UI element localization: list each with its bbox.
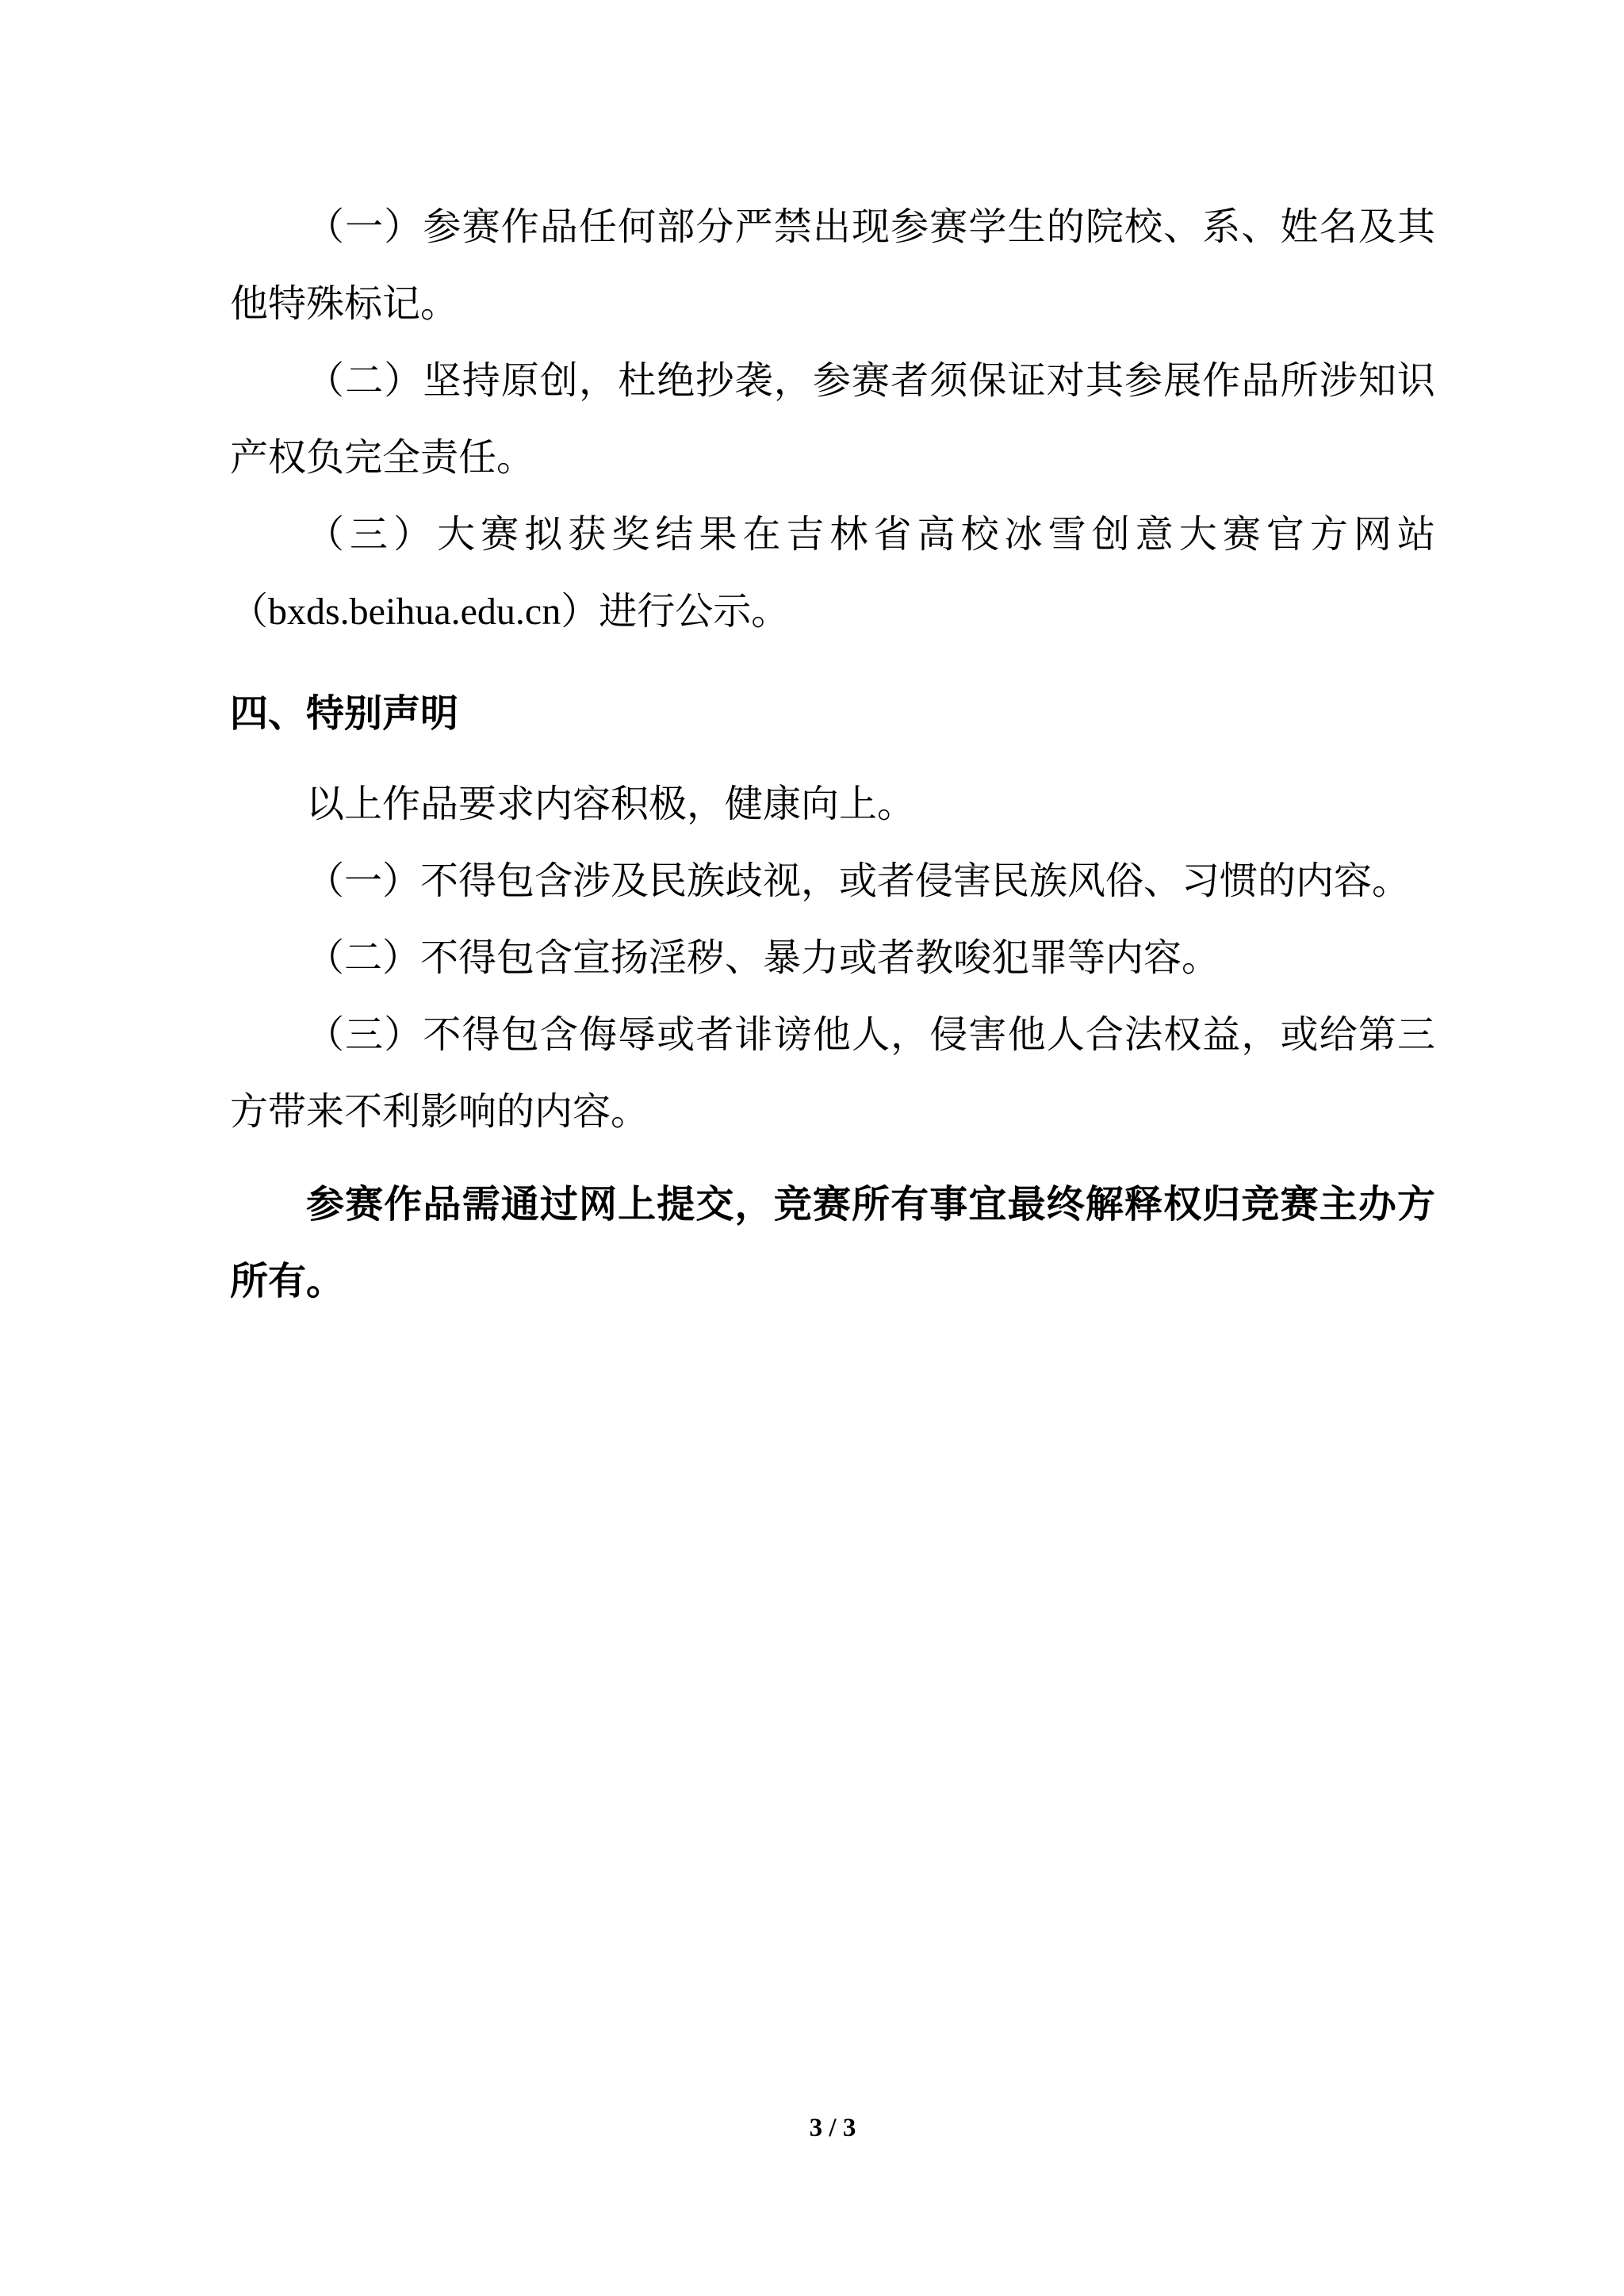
rule-item-3: （三）大赛拟获奖结果在吉林省高校冰雪创意大赛官方网站（bxds.beihua.e… xyxy=(230,496,1435,650)
rule-item-1: （一）参赛作品任何部分严禁出现参赛学生的院校、系、姓名及其他特殊标记。 xyxy=(230,189,1435,342)
closing-statement: 参赛作品需通过网上提交，竞赛所有事宜最终解释权归竞赛主办方所有。 xyxy=(230,1166,1435,1320)
special-statement-item-2: （二）不得包含宣扬淫秽、暴力或者教唆犯罪等内容。 xyxy=(230,920,1435,997)
page-number: 3 / 3 xyxy=(810,2114,856,2142)
document-page: （一）参赛作品任何部分严禁出现参赛学生的院校、系、姓名及其他特殊标记。 （二）坚… xyxy=(0,0,1624,2296)
rule-item-2: （二）坚持原创，杜绝抄袭，参赛者须保证对其参展作品所涉知识产权负完全责任。 xyxy=(230,342,1435,496)
section-heading-special-statement: 四、特别声明 xyxy=(230,675,1435,752)
special-statement-item-3: （三）不得包含侮辱或者诽谤他人，侵害他人合法权益，或给第三方带来不利影响的内容。 xyxy=(230,997,1435,1150)
special-statement-intro: 以上作品要求内容积极，健康向上。 xyxy=(230,766,1435,843)
page-footer: 3 / 3 xyxy=(230,2110,1435,2145)
special-statement-item-1: （一）不得包含涉及民族歧视，或者侵害民族风俗、习惯的内容。 xyxy=(230,843,1435,920)
document-body: （一）参赛作品任何部分严禁出现参赛学生的院校、系、姓名及其他特殊标记。 （二）坚… xyxy=(230,189,1435,1320)
